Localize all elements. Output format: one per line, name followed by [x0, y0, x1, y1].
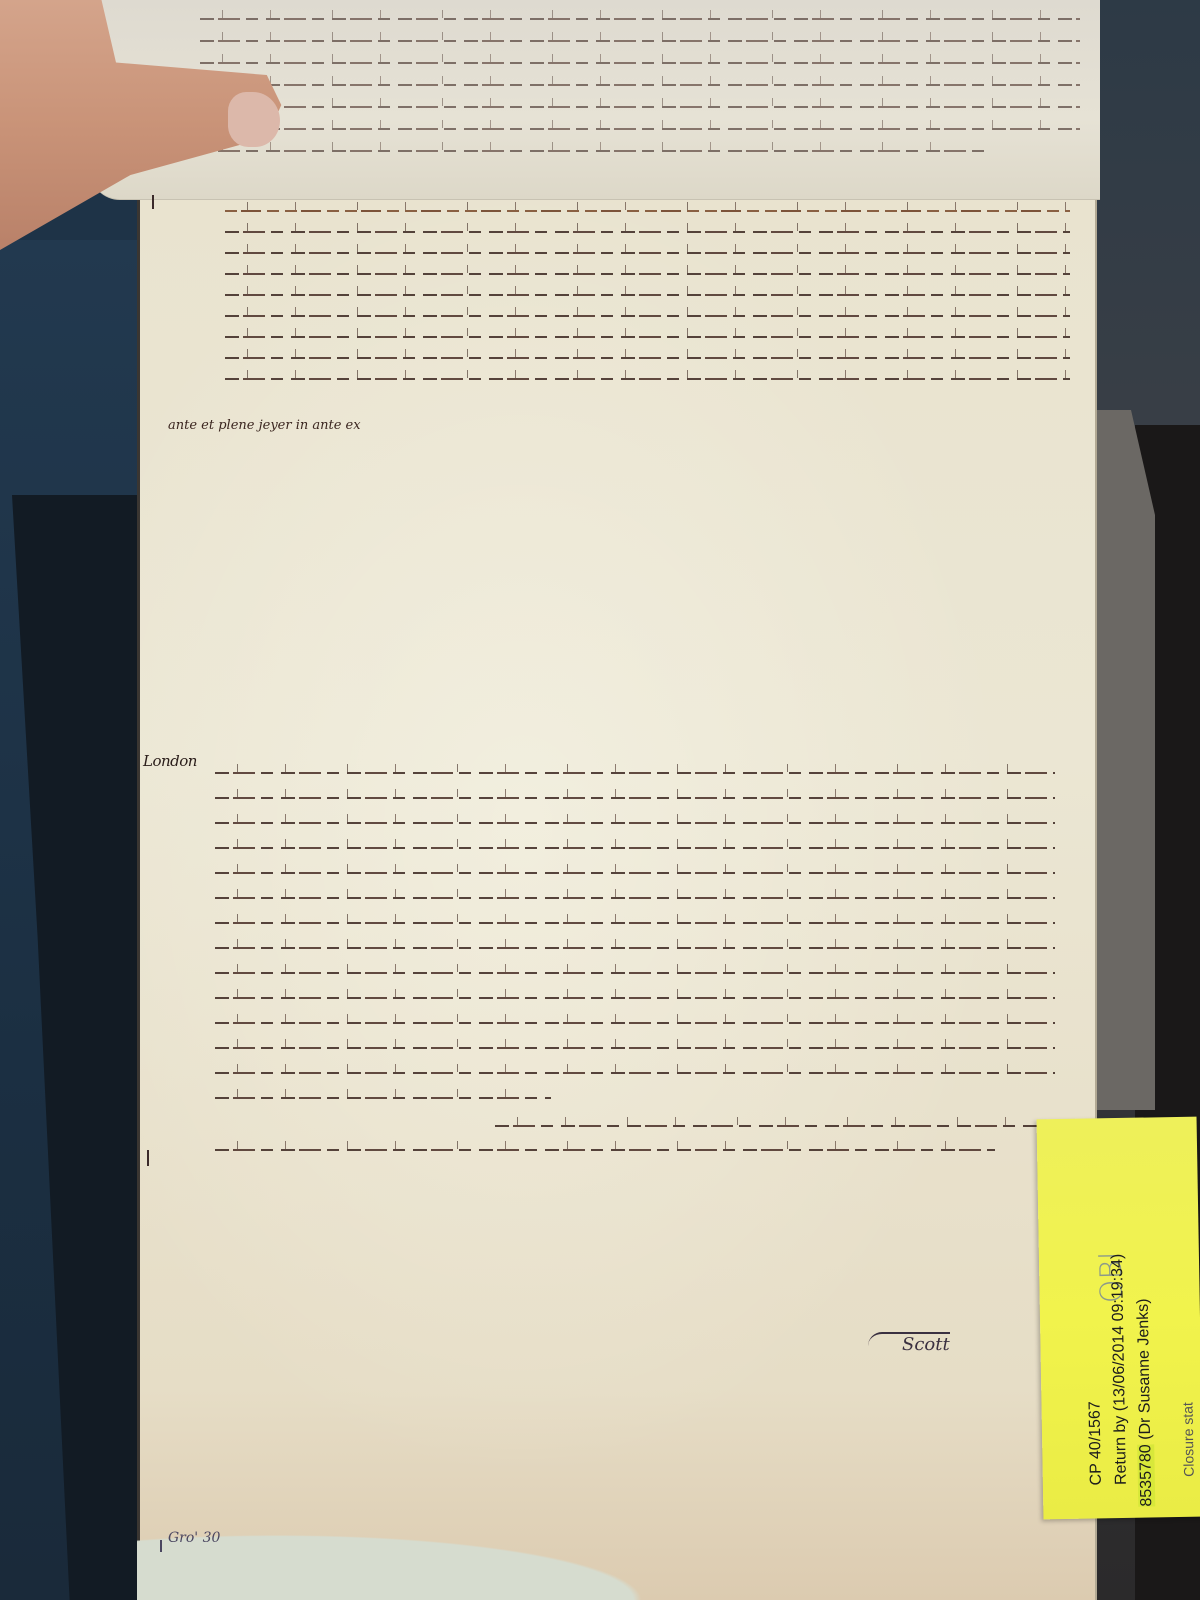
- background-foam-support: [1095, 410, 1155, 1110]
- rolled-top-entry-text: [200, 18, 1080, 172]
- parchment-bottom-discoloration: [137, 1500, 837, 1600]
- thumbnail: [228, 92, 280, 147]
- margin-tick-mark: [152, 195, 154, 209]
- clerk-signature: Scott: [868, 1332, 950, 1355]
- slip-reader-line: 8535780 (Dr Susanne Jenks): [1135, 1298, 1157, 1506]
- slip-document-reference: CP 40/1567: [1086, 1401, 1105, 1486]
- tail-entry-text: [215, 1125, 1055, 1173]
- upper-entry-closing-line: ante et plene jeyer in ante ex: [168, 418, 361, 433]
- slip-closure-status: Closure stat: [1179, 1402, 1196, 1477]
- archive-request-slip: OBl CP 40/1567 Return by (13/06/2014 09:…: [1037, 1117, 1200, 1520]
- county-margin-note: London: [143, 752, 197, 770]
- margin-tick-mark: [147, 1150, 149, 1166]
- slip-reader-name: (Dr Susanne Jenks): [1135, 1298, 1155, 1444]
- upper-entry-text: [225, 210, 1070, 399]
- slip-reader-id: 8535780: [1137, 1444, 1155, 1507]
- margin-tick-mark: [160, 1540, 162, 1552]
- london-entry-text: [215, 772, 1055, 1122]
- bottom-margin-note: Gro' 30: [168, 1530, 220, 1546]
